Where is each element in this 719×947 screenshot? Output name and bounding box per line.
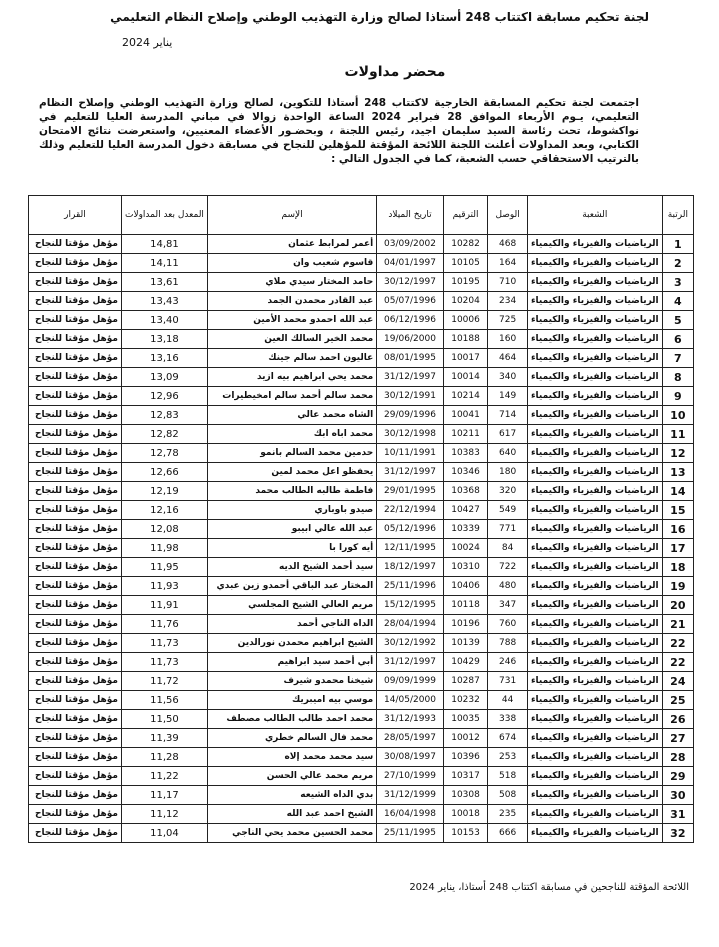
cell-receipt: 710 xyxy=(488,273,528,292)
cell-seq: 10035 xyxy=(443,710,488,729)
cell-dob: 22/12/1994 xyxy=(377,501,443,520)
cell-avg: 14,81 xyxy=(121,235,207,254)
cell-branch: الرياضيات والفيزياء والكيمياء xyxy=(527,387,662,406)
cell-decision: مؤهل مؤقتا للنجاح xyxy=(29,444,122,463)
cell-decision: مؤهل مؤقتا للنجاح xyxy=(29,292,122,311)
cell-receipt: 468 xyxy=(488,235,528,254)
cell-branch: الرياضيات والفيزياء والكيمياء xyxy=(527,520,662,539)
table-row: 7الرياضيات والفيزياء والكيمياء4641001708… xyxy=(29,349,694,368)
cell-rank: 24 xyxy=(662,672,693,691)
cell-receipt: 235 xyxy=(488,805,528,824)
cell-branch: الرياضيات والفيزياء والكيمياء xyxy=(527,482,662,501)
cell-seq: 10427 xyxy=(443,501,488,520)
cell-rank: 16 xyxy=(662,520,693,539)
cell-dob: 25/11/1995 xyxy=(377,824,443,843)
cell-branch: الرياضيات والفيزياء والكيمياء xyxy=(527,577,662,596)
table-row: 4الرياضيات والفيزياء والكيمياء2341020405… xyxy=(29,292,694,311)
cell-seq: 10310 xyxy=(443,558,488,577)
cell-branch: الرياضيات والفيزياء والكيمياء xyxy=(527,596,662,615)
cell-receipt: 464 xyxy=(488,349,528,368)
cell-dob: 06/12/1996 xyxy=(377,311,443,330)
cell-rank: 25 xyxy=(662,691,693,710)
cell-receipt: 234 xyxy=(488,292,528,311)
cell-decision: مؤهل مؤقتا للنجاح xyxy=(29,501,122,520)
cell-avg: 11,17 xyxy=(121,786,207,805)
table-row: 15الرياضيات والفيزياء والكيمياء549104272… xyxy=(29,501,694,520)
cell-branch: الرياضيات والفيزياء والكيمياء xyxy=(527,805,662,824)
cell-decision: مؤهل مؤقتا للنجاح xyxy=(29,330,122,349)
cell-dob: 30/12/1992 xyxy=(377,634,443,653)
cell-branch: الرياضيات والفيزياء والكيمياء xyxy=(527,634,662,653)
cell-receipt: 760 xyxy=(488,615,528,634)
cell-name: محمد فال السالم خطري xyxy=(207,729,376,748)
cell-branch: الرياضيات والفيزياء والكيمياء xyxy=(527,292,662,311)
cell-rank: 9 xyxy=(662,387,693,406)
cell-dob: 28/05/1997 xyxy=(377,729,443,748)
table-row: 5الرياضيات والفيزياء والكيمياء7251000606… xyxy=(29,311,694,330)
cell-rank: 14 xyxy=(662,482,693,501)
cell-branch: الرياضيات والفيزياء والكيمياء xyxy=(527,444,662,463)
header-rank: الرتبة xyxy=(662,196,693,235)
cell-avg: 11,72 xyxy=(121,672,207,691)
cell-decision: مؤهل مؤقتا للنجاح xyxy=(29,824,122,843)
table-row: 11الرياضيات والفيزياء والكيمياء617102113… xyxy=(29,425,694,444)
cell-decision: مؤهل مؤقتا للنجاح xyxy=(29,634,122,653)
cell-rank: 15 xyxy=(662,501,693,520)
cell-avg: 12,08 xyxy=(121,520,207,539)
cell-avg: 11,76 xyxy=(121,615,207,634)
cell-dob: 31/12/1997 xyxy=(377,653,443,672)
cell-receipt: 347 xyxy=(488,596,528,615)
cell-rank: 32 xyxy=(662,824,693,843)
cell-avg: 11,22 xyxy=(121,767,207,786)
cell-receipt: 617 xyxy=(488,425,528,444)
cell-name: الشيخ ابراهيم محمدن نورالدين xyxy=(207,634,376,653)
cell-rank: 27 xyxy=(662,729,693,748)
cell-branch: الرياضيات والفيزياء والكيمياء xyxy=(527,463,662,482)
cell-rank: 3 xyxy=(662,273,693,292)
cell-seq: 10204 xyxy=(443,292,488,311)
cell-rank: 21 xyxy=(662,615,693,634)
cell-branch: الرياضيات والفيزياء والكيمياء xyxy=(527,235,662,254)
cell-seq: 10024 xyxy=(443,539,488,558)
cell-rank: 10 xyxy=(662,406,693,425)
cell-branch: الرياضيات والفيزياء والكيمياء xyxy=(527,748,662,767)
table-row: 1الرياضيات والفيزياء والكيمياء4681028203… xyxy=(29,235,694,254)
cell-rank: 22 xyxy=(662,634,693,653)
cell-branch: الرياضيات والفيزياء والكيمياء xyxy=(527,539,662,558)
cell-name: عبد القادر محمدن الجمد xyxy=(207,292,376,311)
cell-receipt: 44 xyxy=(488,691,528,710)
cell-branch: الرياضيات والفيزياء والكيمياء xyxy=(527,653,662,672)
cell-decision: مؤهل مؤقتا للنجاح xyxy=(29,748,122,767)
table-row: 29الرياضيات والفيزياء والكيمياء518103172… xyxy=(29,767,694,786)
cell-name: يحفظو اعل محمد لمين xyxy=(207,463,376,482)
cell-avg: 12,83 xyxy=(121,406,207,425)
table-body: 1الرياضيات والفيزياء والكيمياء4681028203… xyxy=(29,235,694,843)
cell-name: محمد الخير السالك العين xyxy=(207,330,376,349)
cell-decision: مؤهل مؤقتا للنجاح xyxy=(29,273,122,292)
table-row: 19الرياضيات والفيزياء والكيمياء480104062… xyxy=(29,577,694,596)
document-title: محضر مداولات xyxy=(0,64,719,80)
cell-branch: الرياضيات والفيزياء والكيمياء xyxy=(527,824,662,843)
cell-branch: الرياضيات والفيزياء والكيمياء xyxy=(527,273,662,292)
header-seq: الترقيم xyxy=(443,196,488,235)
cell-name: سيد أحمد الشيخ الديه xyxy=(207,558,376,577)
cell-rank: 22 xyxy=(662,653,693,672)
cell-decision: مؤهل مؤقتا للنجاح xyxy=(29,577,122,596)
cell-seq: 10012 xyxy=(443,729,488,748)
cell-decision: مؤهل مؤقتا للنجاح xyxy=(29,406,122,425)
cell-decision: مؤهل مؤقتا للنجاح xyxy=(29,672,122,691)
cell-decision: مؤهل مؤقتا للنجاح xyxy=(29,368,122,387)
cell-dob: 03/09/2002 xyxy=(377,235,443,254)
cell-branch: الرياضيات والفيزياء والكيمياء xyxy=(527,349,662,368)
cell-decision: مؤهل مؤقتا للنجاح xyxy=(29,539,122,558)
cell-dob: 30/12/1991 xyxy=(377,387,443,406)
cell-receipt: 771 xyxy=(488,520,528,539)
cell-name: فاطمة طالبه الطالب محمد xyxy=(207,482,376,501)
cell-rank: 11 xyxy=(662,425,693,444)
cell-seq: 10139 xyxy=(443,634,488,653)
cell-branch: الرياضيات والفيزياء والكيمياء xyxy=(527,710,662,729)
cell-rank: 13 xyxy=(662,463,693,482)
results-table: الرتبة الشعبة الوصل الترقيم تاريخ الميلا… xyxy=(28,195,694,843)
cell-avg: 13,40 xyxy=(121,311,207,330)
cell-avg: 12,82 xyxy=(121,425,207,444)
cell-dob: 05/07/1996 xyxy=(377,292,443,311)
cell-receipt: 320 xyxy=(488,482,528,501)
cell-avg: 12,16 xyxy=(121,501,207,520)
cell-avg: 11,98 xyxy=(121,539,207,558)
cell-avg: 11,04 xyxy=(121,824,207,843)
cell-dob: 31/12/1993 xyxy=(377,710,443,729)
cell-receipt: 253 xyxy=(488,748,528,767)
cell-seq: 10188 xyxy=(443,330,488,349)
cell-avg: 11,39 xyxy=(121,729,207,748)
table-row: 30الرياضيات والفيزياء والكيمياء508103083… xyxy=(29,786,694,805)
cell-seq: 10018 xyxy=(443,805,488,824)
cell-seq: 10282 xyxy=(443,235,488,254)
cell-dob: 25/11/1996 xyxy=(377,577,443,596)
cell-name: حدمين محمد السالم بانمو xyxy=(207,444,376,463)
cell-name: موسي بيه اميبريك xyxy=(207,691,376,710)
cell-decision: مؤهل مؤقتا للنجاح xyxy=(29,615,122,634)
cell-receipt: 549 xyxy=(488,501,528,520)
cell-avg: 11,93 xyxy=(121,577,207,596)
cell-dob: 15/12/1995 xyxy=(377,596,443,615)
cell-receipt: 480 xyxy=(488,577,528,596)
cell-receipt: 725 xyxy=(488,311,528,330)
footer-caption: اللائحة المؤقتة للناجحين في مسابقة اكتتا… xyxy=(409,882,689,893)
cell-branch: الرياضيات والفيزياء والكيمياء xyxy=(527,501,662,520)
cell-decision: مؤهل مؤقتا للنجاح xyxy=(29,254,122,273)
cell-decision: مؤهل مؤقتا للنجاح xyxy=(29,767,122,786)
table-row: 24الرياضيات والفيزياء والكيمياء731102870… xyxy=(29,672,694,691)
cell-decision: مؤهل مؤقتا للنجاح xyxy=(29,653,122,672)
cell-rank: 30 xyxy=(662,786,693,805)
header-name: الإسم xyxy=(207,196,376,235)
cell-receipt: 508 xyxy=(488,786,528,805)
cell-name: الشيخ احمد عبد الله xyxy=(207,805,376,824)
cell-dob: 29/01/1995 xyxy=(377,482,443,501)
cell-seq: 10396 xyxy=(443,748,488,767)
cell-dob: 09/09/1999 xyxy=(377,672,443,691)
cell-decision: مؤهل مؤقتا للنجاح xyxy=(29,710,122,729)
cell-seq: 10429 xyxy=(443,653,488,672)
cell-name: محمد اباه ابك xyxy=(207,425,376,444)
cell-avg: 13,09 xyxy=(121,368,207,387)
cell-seq: 10196 xyxy=(443,615,488,634)
cell-seq: 10346 xyxy=(443,463,488,482)
cell-decision: مؤهل مؤقتا للنجاح xyxy=(29,482,122,501)
cell-name: صيدو باوباري xyxy=(207,501,376,520)
cell-dob: 30/08/1997 xyxy=(377,748,443,767)
cell-decision: مؤهل مؤقتا للنجاح xyxy=(29,729,122,748)
cell-decision: مؤهل مؤقتا للنجاح xyxy=(29,425,122,444)
cell-seq: 10006 xyxy=(443,311,488,330)
cell-seq: 10214 xyxy=(443,387,488,406)
cell-rank: 1 xyxy=(662,235,693,254)
cell-branch: الرياضيات والفيزياء والكيمياء xyxy=(527,330,662,349)
cell-avg: 14,11 xyxy=(121,254,207,273)
cell-branch: الرياضيات والفيزياء والكيمياء xyxy=(527,254,662,273)
cell-decision: مؤهل مؤقتا للنجاح xyxy=(29,520,122,539)
cell-dob: 31/12/1997 xyxy=(377,368,443,387)
cell-branch: الرياضيات والفيزياء والكيمياء xyxy=(527,615,662,634)
cell-name: محمد سالم أحمد سالم امخيطيرات xyxy=(207,387,376,406)
cell-avg: 11,12 xyxy=(121,805,207,824)
cell-dob: 28/04/1994 xyxy=(377,615,443,634)
table-row: 12الرياضيات والفيزياء والكيمياء640103831… xyxy=(29,444,694,463)
cell-receipt: 640 xyxy=(488,444,528,463)
cell-avg: 11,91 xyxy=(121,596,207,615)
cell-rank: 18 xyxy=(662,558,693,577)
cell-branch: الرياضيات والفيزياء والكيمياء xyxy=(527,311,662,330)
cell-avg: 11,95 xyxy=(121,558,207,577)
cell-rank: 28 xyxy=(662,748,693,767)
cell-name: محمد يحي ابراهيم بيه ازيد xyxy=(207,368,376,387)
cell-dob: 27/10/1999 xyxy=(377,767,443,786)
cell-name: مريم محمد عالي الحسن xyxy=(207,767,376,786)
cell-decision: مؤهل مؤقتا للنجاح xyxy=(29,235,122,254)
cell-receipt: 340 xyxy=(488,368,528,387)
cell-seq: 10317 xyxy=(443,767,488,786)
cell-avg: 11,56 xyxy=(121,691,207,710)
cell-name: أبي أحمد سيد ابراهيم xyxy=(207,653,376,672)
cell-receipt: 518 xyxy=(488,767,528,786)
cell-receipt: 160 xyxy=(488,330,528,349)
cell-rank: 8 xyxy=(662,368,693,387)
cell-name: عاليون احمد سالم جينك xyxy=(207,349,376,368)
cell-rank: 19 xyxy=(662,577,693,596)
cell-rank: 26 xyxy=(662,710,693,729)
cell-decision: مؤهل مؤقتا للنجاح xyxy=(29,349,122,368)
cell-rank: 29 xyxy=(662,767,693,786)
table-row: 32الرياضيات والفيزياء والكيمياء666101532… xyxy=(29,824,694,843)
cell-name: أعمر لمرابط عثمان xyxy=(207,235,376,254)
cell-rank: 20 xyxy=(662,596,693,615)
cell-avg: 11,73 xyxy=(121,653,207,672)
cell-decision: مؤهل مؤقتا للنجاح xyxy=(29,311,122,330)
cell-seq: 10017 xyxy=(443,349,488,368)
intro-paragraph: اجتمعت لجنة تحكيم المسابقة الخارجية لاكت… xyxy=(39,96,639,166)
cell-dob: 18/12/1997 xyxy=(377,558,443,577)
cell-receipt: 246 xyxy=(488,653,528,672)
cell-rank: 6 xyxy=(662,330,693,349)
table-row: 14الرياضيات والفيزياء والكيمياء320103682… xyxy=(29,482,694,501)
cell-dob: 19/06/2000 xyxy=(377,330,443,349)
header-avg: المعدل بعد المداولات xyxy=(121,196,207,235)
cell-branch: الرياضيات والفيزياء والكيمياء xyxy=(527,558,662,577)
cell-name: أيه كورا با xyxy=(207,539,376,558)
cell-name: شيخنا محمدو شيرف xyxy=(207,672,376,691)
table-row: 2الرياضيات والفيزياء والكيمياء1641010504… xyxy=(29,254,694,273)
table-row: 3الرياضيات والفيزياء والكيمياء7101019530… xyxy=(29,273,694,292)
table-row: 26الرياضيات والفيزياء والكيمياء338100353… xyxy=(29,710,694,729)
cell-rank: 4 xyxy=(662,292,693,311)
cell-dob: 30/12/1997 xyxy=(377,273,443,292)
cell-receipt: 180 xyxy=(488,463,528,482)
table-row: 8الرياضيات والفيزياء والكيمياء3401001431… xyxy=(29,368,694,387)
header-branch: الشعبة xyxy=(527,196,662,235)
cell-name: عبد الله عالي ابيبو xyxy=(207,520,376,539)
cell-seq: 10339 xyxy=(443,520,488,539)
cell-name: محمد الحسين محمد يحي الناجي xyxy=(207,824,376,843)
cell-name: محمد احمد طالب الطالب مصطف xyxy=(207,710,376,729)
header-title: لجنة تحكيم مسابقة اكتتاب 248 أستاذا لصال… xyxy=(110,10,649,24)
cell-seq: 10287 xyxy=(443,672,488,691)
cell-receipt: 674 xyxy=(488,729,528,748)
table-row: 17الرياضيات والفيزياء والكيمياء841002412… xyxy=(29,539,694,558)
cell-receipt: 714 xyxy=(488,406,528,425)
cell-branch: الرياضيات والفيزياء والكيمياء xyxy=(527,691,662,710)
cell-seq: 10153 xyxy=(443,824,488,843)
table-header-row: الرتبة الشعبة الوصل الترقيم تاريخ الميلا… xyxy=(29,196,694,235)
cell-name: بدي الداه الشيعه xyxy=(207,786,376,805)
cell-dob: 31/12/1997 xyxy=(377,463,443,482)
cell-receipt: 84 xyxy=(488,539,528,558)
cell-receipt: 731 xyxy=(488,672,528,691)
cell-rank: 5 xyxy=(662,311,693,330)
cell-decision: مؤهل مؤقتا للنجاح xyxy=(29,786,122,805)
cell-receipt: 149 xyxy=(488,387,528,406)
cell-name: سيد محمد محمد إلاه xyxy=(207,748,376,767)
cell-receipt: 164 xyxy=(488,254,528,273)
cell-avg: 11,50 xyxy=(121,710,207,729)
cell-seq: 10105 xyxy=(443,254,488,273)
cell-branch: الرياضيات والفيزياء والكيمياء xyxy=(527,672,662,691)
cell-seq: 10383 xyxy=(443,444,488,463)
cell-branch: الرياضيات والفيزياء والكيمياء xyxy=(527,767,662,786)
cell-dob: 12/11/1995 xyxy=(377,539,443,558)
table-row: 22الرياضيات والفيزياء والكيمياء246104293… xyxy=(29,653,694,672)
cell-seq: 10406 xyxy=(443,577,488,596)
cell-seq: 10211 xyxy=(443,425,488,444)
cell-branch: الرياضيات والفيزياء والكيمياء xyxy=(527,786,662,805)
cell-name: حامد المختار سيدي ملاي xyxy=(207,273,376,292)
cell-avg: 13,18 xyxy=(121,330,207,349)
cell-rank: 31 xyxy=(662,805,693,824)
cell-seq: 10308 xyxy=(443,786,488,805)
cell-seq: 10014 xyxy=(443,368,488,387)
cell-seq: 10041 xyxy=(443,406,488,425)
cell-receipt: 666 xyxy=(488,824,528,843)
cell-avg: 11,28 xyxy=(121,748,207,767)
cell-dob: 30/12/1998 xyxy=(377,425,443,444)
cell-name: مريم العالي الشيخ المجلسي xyxy=(207,596,376,615)
cell-seq: 10195 xyxy=(443,273,488,292)
cell-avg: 13,61 xyxy=(121,273,207,292)
cell-rank: 7 xyxy=(662,349,693,368)
cell-rank: 17 xyxy=(662,539,693,558)
cell-name: الشاه محمد عالي xyxy=(207,406,376,425)
cell-decision: مؤهل مؤقتا للنجاح xyxy=(29,463,122,482)
table-row: 31الرياضيات والفيزياء والكيمياء235100181… xyxy=(29,805,694,824)
cell-name: الداه الناجي أحمد xyxy=(207,615,376,634)
header-decision: القرار xyxy=(29,196,122,235)
cell-branch: الرياضيات والفيزياء والكيمياء xyxy=(527,729,662,748)
cell-rank: 12 xyxy=(662,444,693,463)
table-row: 22الرياضيات والفيزياء والكيمياء788101393… xyxy=(29,634,694,653)
cell-dob: 31/12/1999 xyxy=(377,786,443,805)
cell-rank: 2 xyxy=(662,254,693,273)
cell-branch: الرياضيات والفيزياء والكيمياء xyxy=(527,368,662,387)
table-row: 13الرياضيات والفيزياء والكيمياء180103463… xyxy=(29,463,694,482)
cell-decision: مؤهل مؤقتا للنجاح xyxy=(29,596,122,615)
cell-dob: 05/12/1996 xyxy=(377,520,443,539)
header-date: يناير 2024 xyxy=(122,36,172,49)
cell-name: قاسوم شعيب وان xyxy=(207,254,376,273)
cell-receipt: 722 xyxy=(488,558,528,577)
table-row: 25الرياضيات والفيزياء والكيمياء441023214… xyxy=(29,691,694,710)
cell-name: المختار عبد الباقي أحمدو زين عبدي xyxy=(207,577,376,596)
table-row: 28الرياضيات والفيزياء والكيمياء253103963… xyxy=(29,748,694,767)
header-receipt: الوصل xyxy=(488,196,528,235)
cell-avg: 13,43 xyxy=(121,292,207,311)
cell-dob: 16/04/1998 xyxy=(377,805,443,824)
table-row: 18الرياضيات والفيزياء والكيمياء722103101… xyxy=(29,558,694,577)
cell-dob: 29/09/1996 xyxy=(377,406,443,425)
table-row: 6الرياضيات والفيزياء والكيمياء1601018819… xyxy=(29,330,694,349)
cell-avg: 12,66 xyxy=(121,463,207,482)
cell-seq: 10118 xyxy=(443,596,488,615)
table-row: 16الرياضيات والفيزياء والكيمياء771103390… xyxy=(29,520,694,539)
cell-dob: 08/01/1995 xyxy=(377,349,443,368)
cell-dob: 14/05/2000 xyxy=(377,691,443,710)
cell-avg: 11,73 xyxy=(121,634,207,653)
cell-avg: 12,78 xyxy=(121,444,207,463)
cell-receipt: 788 xyxy=(488,634,528,653)
cell-avg: 12,19 xyxy=(121,482,207,501)
cell-name: عبد الله احمدو محمد الأمين xyxy=(207,311,376,330)
cell-branch: الرياضيات والفيزياء والكيمياء xyxy=(527,425,662,444)
cell-decision: مؤهل مؤقتا للنجاح xyxy=(29,805,122,824)
header-dob: تاريخ الميلاد xyxy=(377,196,443,235)
cell-decision: مؤهل مؤقتا للنجاح xyxy=(29,691,122,710)
table-row: 27الرياضيات والفيزياء والكيمياء674100122… xyxy=(29,729,694,748)
cell-seq: 10232 xyxy=(443,691,488,710)
table-row: 21الرياضيات والفيزياء والكيمياء760101962… xyxy=(29,615,694,634)
cell-receipt: 338 xyxy=(488,710,528,729)
cell-avg: 13,16 xyxy=(121,349,207,368)
cell-seq: 10368 xyxy=(443,482,488,501)
cell-branch: الرياضيات والفيزياء والكيمياء xyxy=(527,406,662,425)
cell-decision: مؤهل مؤقتا للنجاح xyxy=(29,558,122,577)
cell-dob: 04/01/1997 xyxy=(377,254,443,273)
table-row: 20الرياضيات والفيزياء والكيمياء347101181… xyxy=(29,596,694,615)
table-row: 9الرياضيات والفيزياء والكيمياء1491021430… xyxy=(29,387,694,406)
